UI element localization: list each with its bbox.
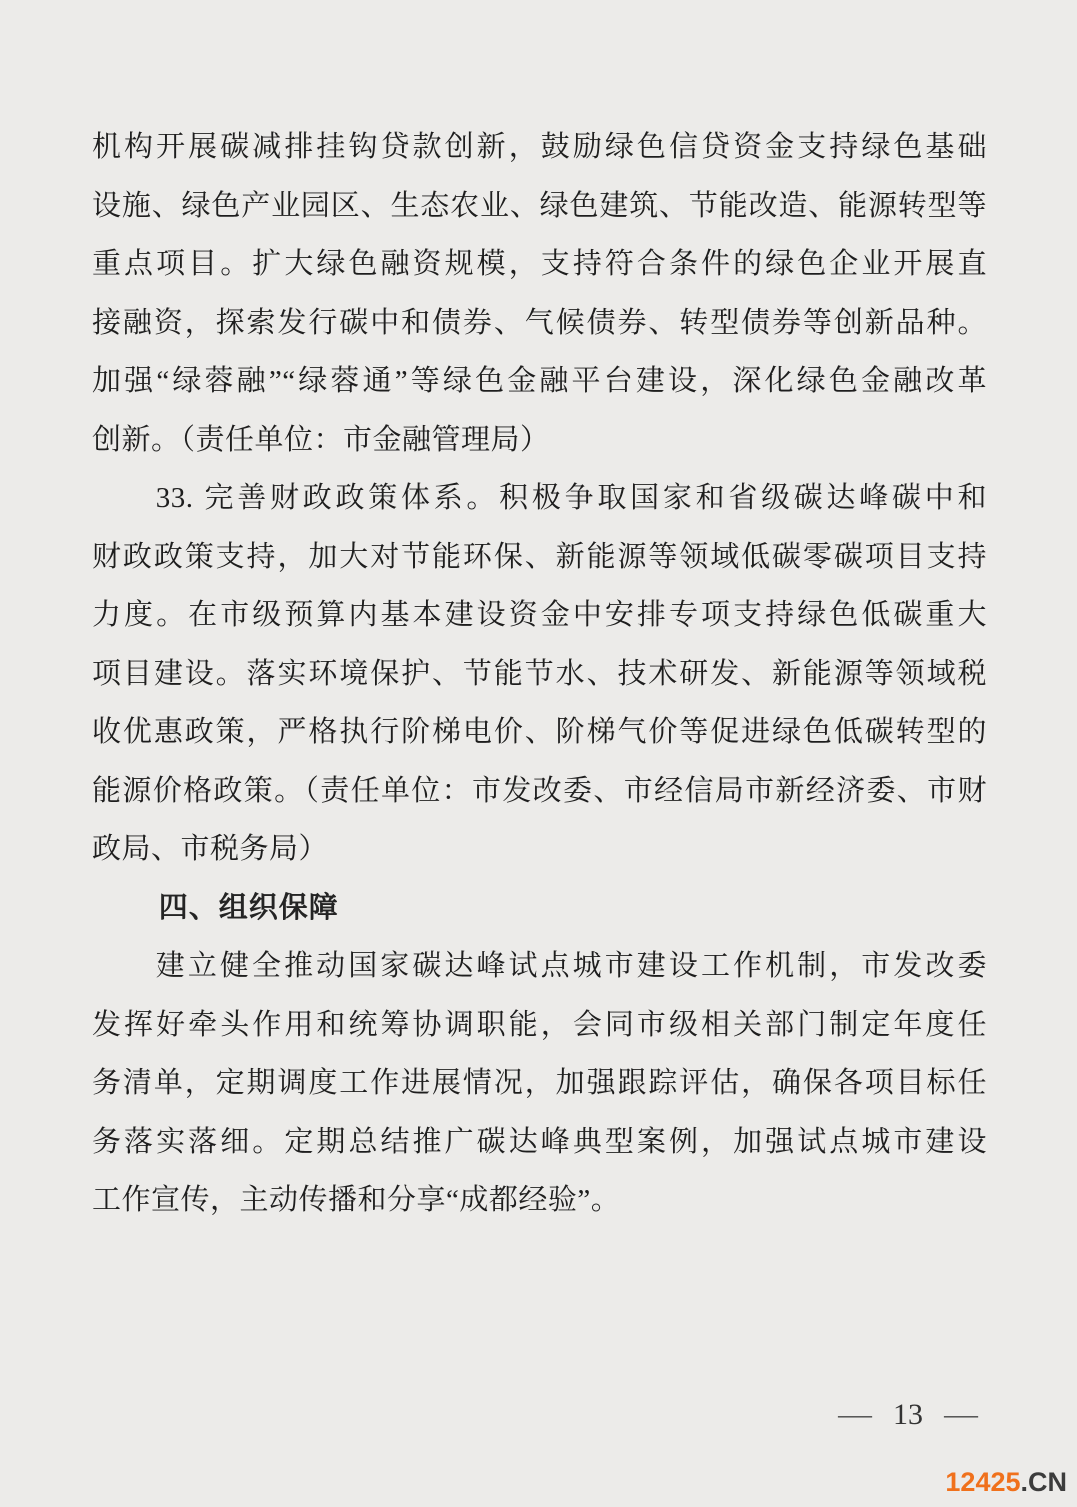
text-line-paragraph-end: 政局、市税务局） — [92, 820, 987, 879]
text-line: 力度。在市级预算内基本建设资金中安排专项支持绿色低碳重大 — [92, 586, 987, 645]
text-line: 财政政策支持，加大对节能环保、新能源等领域低碳零碳项目支持 — [92, 528, 987, 587]
text-line: 机构开展碳减排挂钩贷款创新，鼓励绿色信贷资金支持绿色基础 — [92, 118, 987, 177]
watermark-tld: .CN — [1021, 1467, 1068, 1497]
text-line: 项目建设。落实环境保护、节能节水、技术研发、新能源等领域税 — [92, 645, 987, 704]
document-text-block: 机构开展碳减排挂钩贷款创新，鼓励绿色信贷资金支持绿色基础 设施、绿色产业园区、生… — [92, 118, 987, 1230]
document-page: 机构开展碳减排挂钩贷款创新，鼓励绿色信贷资金支持绿色基础 设施、绿色产业园区、生… — [0, 0, 1077, 1507]
footer-left-dash: — — [838, 1400, 872, 1430]
text-line-paragraph-end: 工作宣传，主动传播和分享“成都经验”。 — [92, 1171, 987, 1230]
page-number-footer: — 13 — — [842, 1398, 974, 1432]
text-line: 接融资，探索发行碳中和债券、气候债券、转型债券等创新品种。 — [92, 294, 987, 353]
footer-right-dash: — — [944, 1400, 978, 1430]
section-heading: 四、组织保障 — [92, 879, 987, 938]
page-number: 13 — [893, 1398, 923, 1432]
text-line: 务清单，定期调度工作进展情况，加强跟踪评估，确保各项目标任 — [92, 1054, 987, 1113]
text-line: 务落实落细。定期总结推广碳达峰典型案例，加强试点城市建设 — [92, 1113, 987, 1172]
text-line: 设施、绿色产业园区、生态农业、绿色建筑、节能改造、能源转型等 — [92, 177, 987, 236]
text-line-paragraph-start: 建立健全推动国家碳达峰试点城市建设工作机制，市发改委 — [92, 937, 987, 996]
text-line: 收优惠政策，严格执行阶梯电价、阶梯气价等促进绿色低碳转型的 — [92, 703, 987, 762]
watermark: 12425.CN — [945, 1467, 1067, 1498]
text-line: 发挥好牵头作用和统筹协调职能，会同市级相关部门制定年度任 — [92, 996, 987, 1055]
watermark-site-name: 12425 — [945, 1467, 1020, 1497]
text-line: 加强“绿蓉融”“绿蓉通”等绿色金融平台建设，深化绿色金融改革 — [92, 352, 987, 411]
text-line: 能源价格政策。（责任单位：市发改委、市经信局市新经济委、市财 — [92, 762, 987, 821]
text-line-paragraph-start: 33. 完善财政政策体系。积极争取国家和省级碳达峰碳中和 — [92, 469, 987, 528]
text-line-paragraph-end: 创新。（责任单位：市金融管理局） — [92, 411, 987, 470]
text-line: 重点项目。扩大绿色融资规模，支持符合条件的绿色企业开展直 — [92, 235, 987, 294]
